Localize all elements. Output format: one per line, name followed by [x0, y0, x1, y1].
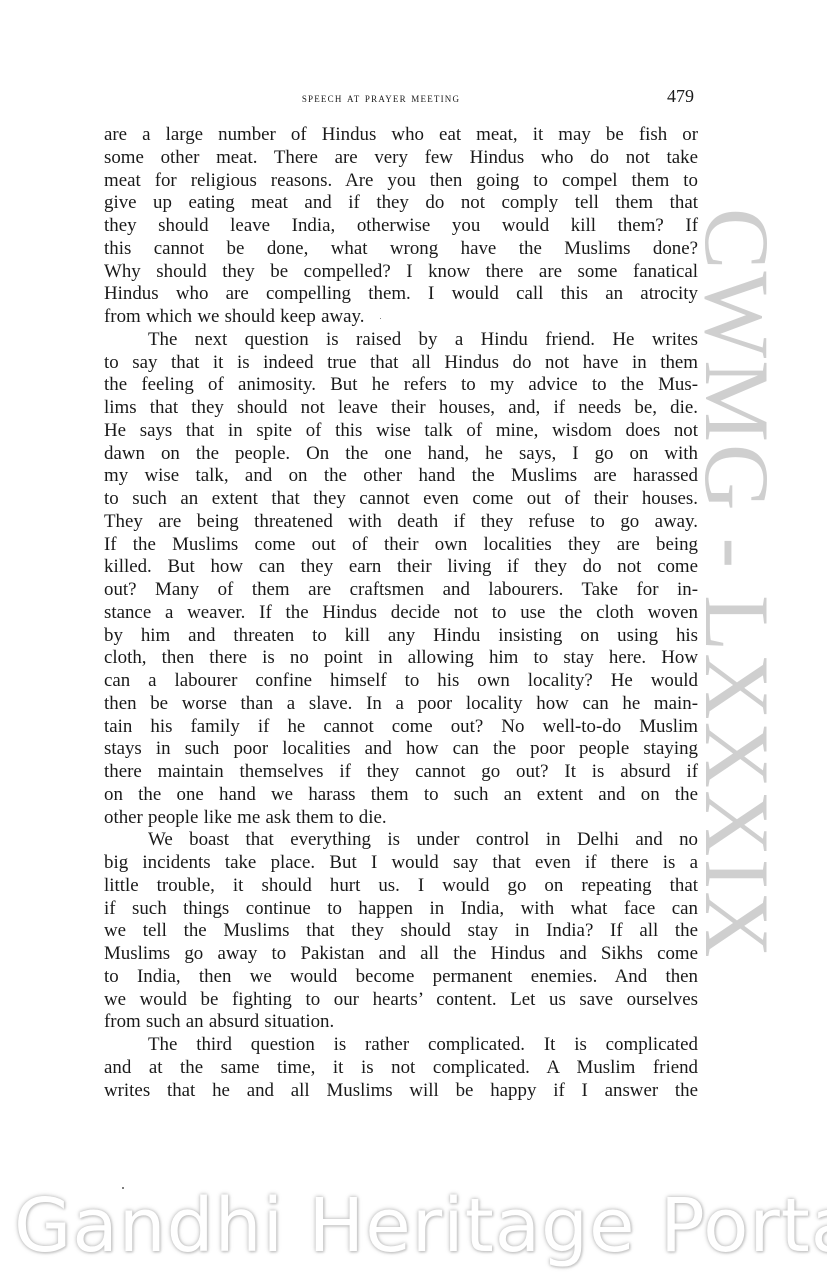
text-line: from which we should keep away. [104, 306, 698, 329]
gandhi-heritage-portal-watermark: Gandhi Heritage Portal [14, 1186, 814, 1266]
text-line: this cannot be done, what wrong have the… [104, 238, 698, 261]
text-line: if such things continue to happen in Ind… [104, 898, 698, 921]
text-line: are a large number of Hindus who eat mea… [104, 124, 698, 147]
text-line: out? Many of them are craftsmen and labo… [104, 579, 698, 602]
text-line: We boast that everything is under contro… [104, 829, 698, 852]
text-line: my wise talk, and on the other hand the … [104, 465, 698, 488]
text-line: to say that it is indeed true that all H… [104, 352, 698, 375]
text-line: other people like me ask them to die. [104, 807, 698, 830]
text-line: If the Muslims come out of their own loc… [104, 534, 698, 557]
text-line: then be worse than a slave. In a poor lo… [104, 693, 698, 716]
text-line: Why should they be compelled? I know the… [104, 261, 698, 284]
text-line: there maintain themselves if they cannot… [104, 761, 698, 784]
text-line: the feeling of animosity. But he refers … [104, 374, 698, 397]
text-line: Muslims go away to Pakistan and all the … [104, 943, 698, 966]
paragraph: We boast that everything is under contro… [104, 829, 698, 1034]
text-line: The third question is rather complicated… [104, 1034, 698, 1057]
text-line: some other meat. There are very few Hind… [104, 147, 698, 170]
text-line: big incidents take place. But I would sa… [104, 852, 698, 875]
text-line: they should leave India, otherwise you w… [104, 215, 698, 238]
text-line: little trouble, it should hurt us. I wou… [104, 875, 698, 898]
text-line: to such an extent that they cannot even … [104, 488, 698, 511]
text-line: tain his family if he cannot come out? N… [104, 716, 698, 739]
body-text: are a large number of Hindus who eat mea… [104, 124, 698, 1102]
text-line: The next question is raised by a Hindu f… [104, 329, 698, 352]
running-header: Speech at Prayer Meeting 479 [104, 88, 698, 112]
cwmg-volume-watermark: CWMG - LXXXIX [692, 208, 782, 1028]
scan-speck [122, 1187, 124, 1189]
text-line: by him and threaten to kill any Hindu in… [104, 625, 698, 648]
text-line: stance a weaver. If the Hindus decide no… [104, 602, 698, 625]
document-page: CWMG - LXXXIX Speech at Prayer Meeting 4… [0, 0, 827, 1272]
page-number: 479 [667, 86, 694, 107]
text-line: Hindus who are compelling them. I would … [104, 283, 698, 306]
text-line: cloth, then there is no point in allowin… [104, 647, 698, 670]
text-line: stays in such poor localities and how ca… [104, 738, 698, 761]
running-title: Speech at Prayer Meeting [104, 90, 698, 106]
text-line: writes that he and all Muslims will be h… [104, 1080, 698, 1103]
text-line: from such an absurd situation. [104, 1011, 698, 1034]
text-line: we tell the Muslims that they should sta… [104, 920, 698, 943]
paragraph: The next question is raised by a Hindu f… [104, 329, 698, 830]
text-line: and at the same time, it is not complica… [104, 1057, 698, 1080]
text-line: can a labourer confine himself to his ow… [104, 670, 698, 693]
text-line: dawn on the people. On the one hand, he … [104, 443, 698, 466]
text-line: give up eating meat and if they do not c… [104, 192, 698, 215]
text-line: on the one hand we harass them to such a… [104, 784, 698, 807]
paragraph: are a large number of Hindus who eat mea… [104, 124, 698, 329]
text-line: He says that in spite of this wise talk … [104, 420, 698, 443]
text-line: to India, then we would become permanent… [104, 966, 698, 989]
text-line: meat for religious reasons. Are you then… [104, 170, 698, 193]
text-line: killed. But how can they earn their livi… [104, 556, 698, 579]
text-line: lims that they should not leave their ho… [104, 397, 698, 420]
text-line: we would be fighting to our hearts’ cont… [104, 989, 698, 1012]
paragraph: The third question is rather complicated… [104, 1034, 698, 1102]
text-line: They are being threatened with death if … [104, 511, 698, 534]
